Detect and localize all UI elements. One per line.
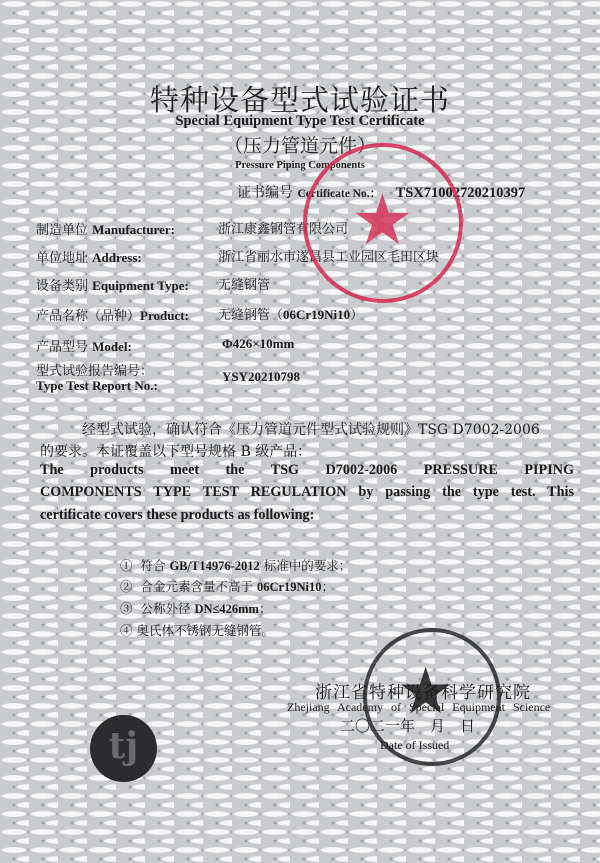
field-model-value: Φ426×10mm xyxy=(222,336,294,352)
statement-en-line1: The products meet the TSG D7002-2006 PRE… xyxy=(40,462,574,479)
covered-item-3: ③ 公称外径 DN≤426mm； xyxy=(120,599,271,617)
item-text-end: ； xyxy=(322,579,335,594)
field-report-value: YSY20210798 xyxy=(222,369,300,385)
field-report-label-en: Type Test Report No.: xyxy=(36,378,158,394)
item-number: ② xyxy=(120,579,133,594)
label-cn: 产品名称（品种） xyxy=(36,309,140,324)
covered-item-4: ④ 奥氏体不锈钢无缝钢管。 xyxy=(120,621,274,639)
certificate-subtitle-en: Pressure Piping Components xyxy=(0,160,600,171)
value-grade: 06Cr19Ni10 xyxy=(283,307,350,322)
issuer-name-en: Zhejiang Academy of Special Equipment Sc… xyxy=(287,700,550,715)
item-text: 奥氏体不锈钢无缝钢管。 xyxy=(137,623,275,638)
item-text: 合金元素含量不高于 xyxy=(140,579,256,594)
certificate-number-label-en: Certificate No.： xyxy=(297,188,381,200)
item-number: ① xyxy=(120,558,133,573)
label-en: Address: xyxy=(92,250,142,265)
statement-cn-line1: 经型式试验，确认符合《压力管道元件型式试验规则》TSG D7002-2006 xyxy=(82,419,572,439)
field-product-label: 产品名称（品种）Product: xyxy=(36,305,189,324)
statement-en-line3: certificate covers these products as fol… xyxy=(40,507,574,524)
field-equipment-type-label: 设备类别 Equipment Type: xyxy=(36,275,189,294)
label-en: Product: xyxy=(140,308,189,323)
field-model-label: 产品型号 Model: xyxy=(36,336,132,355)
item-standard: GB/T14976-2012 xyxy=(169,559,259,573)
statement-en-line2: COMPONENTS TYPE TEST REGULATION by passi… xyxy=(40,484,574,501)
item-text: 公称外径 xyxy=(140,601,194,616)
field-report-label-cn: 型式试验报告编号： xyxy=(36,360,153,379)
hologram-seal: tj xyxy=(90,715,157,782)
item-text: 符合 xyxy=(140,558,169,573)
field-equipment-type-value: 无缝钢管 xyxy=(218,274,270,293)
certificate-subtitle-cn: （压力管道元件） xyxy=(0,131,600,158)
certificate-number-label-cn: 证书编号 xyxy=(237,185,293,201)
item-number: ④ xyxy=(120,623,133,638)
covered-item-1: ① 符合 GB/T14976-2012 标准中的要求； xyxy=(120,556,351,574)
value-cn: 无缝钢管（ xyxy=(218,308,283,323)
certificate-title-en: Special Equipment Type Test Certificate xyxy=(0,113,600,130)
certificate-number: TSX71002720210397 xyxy=(396,185,526,201)
label-en: Manufacturer: xyxy=(92,222,175,237)
item-number: ③ xyxy=(120,601,133,616)
item-diameter: DN≤426mm xyxy=(194,602,259,616)
label-cn: 设备类别 xyxy=(36,279,88,294)
field-manufacturer-value: 浙江康鑫钢管有限公司 xyxy=(218,218,348,237)
seal-logo-icon: tj xyxy=(90,725,157,767)
issue-date-label-en: Date of Issued xyxy=(380,738,449,753)
label-en: Type Test Report No.: xyxy=(36,378,158,393)
item-text-end: ； xyxy=(259,601,272,616)
field-address-label: 单位地址 Address: xyxy=(36,247,142,266)
covered-item-2: ② 合金元素含量不高于 06Cr19Ni10； xyxy=(120,577,334,595)
label-cn: 单位地址 xyxy=(36,251,88,266)
field-manufacturer-label: 制造单位 Manufacturer: xyxy=(36,219,175,238)
label-en: Equipment Type: xyxy=(92,278,189,293)
field-address-value: 浙江省丽水市遂昌县工业园区毛田区块 xyxy=(218,246,439,265)
issue-date-cn: 二〇二一年 月 日 xyxy=(340,715,475,736)
label-cn: 制造单位 xyxy=(36,223,88,238)
label-en: Model: xyxy=(92,339,132,354)
label-cn: 产品型号 xyxy=(36,340,88,355)
statement-cn-line2: 的要求。本证覆盖以下型号规格 B 级产品： xyxy=(40,441,574,461)
item-grade: 06Cr19Ni10 xyxy=(257,580,322,594)
item-text-end: 标准中的要求； xyxy=(260,558,351,573)
value-end: ） xyxy=(350,308,363,323)
field-product-value: 无缝钢管（06Cr19Ni10） xyxy=(218,304,363,323)
certificate-number-row: 证书编号 Certificate No.： TSX71002720210397 xyxy=(237,182,525,202)
